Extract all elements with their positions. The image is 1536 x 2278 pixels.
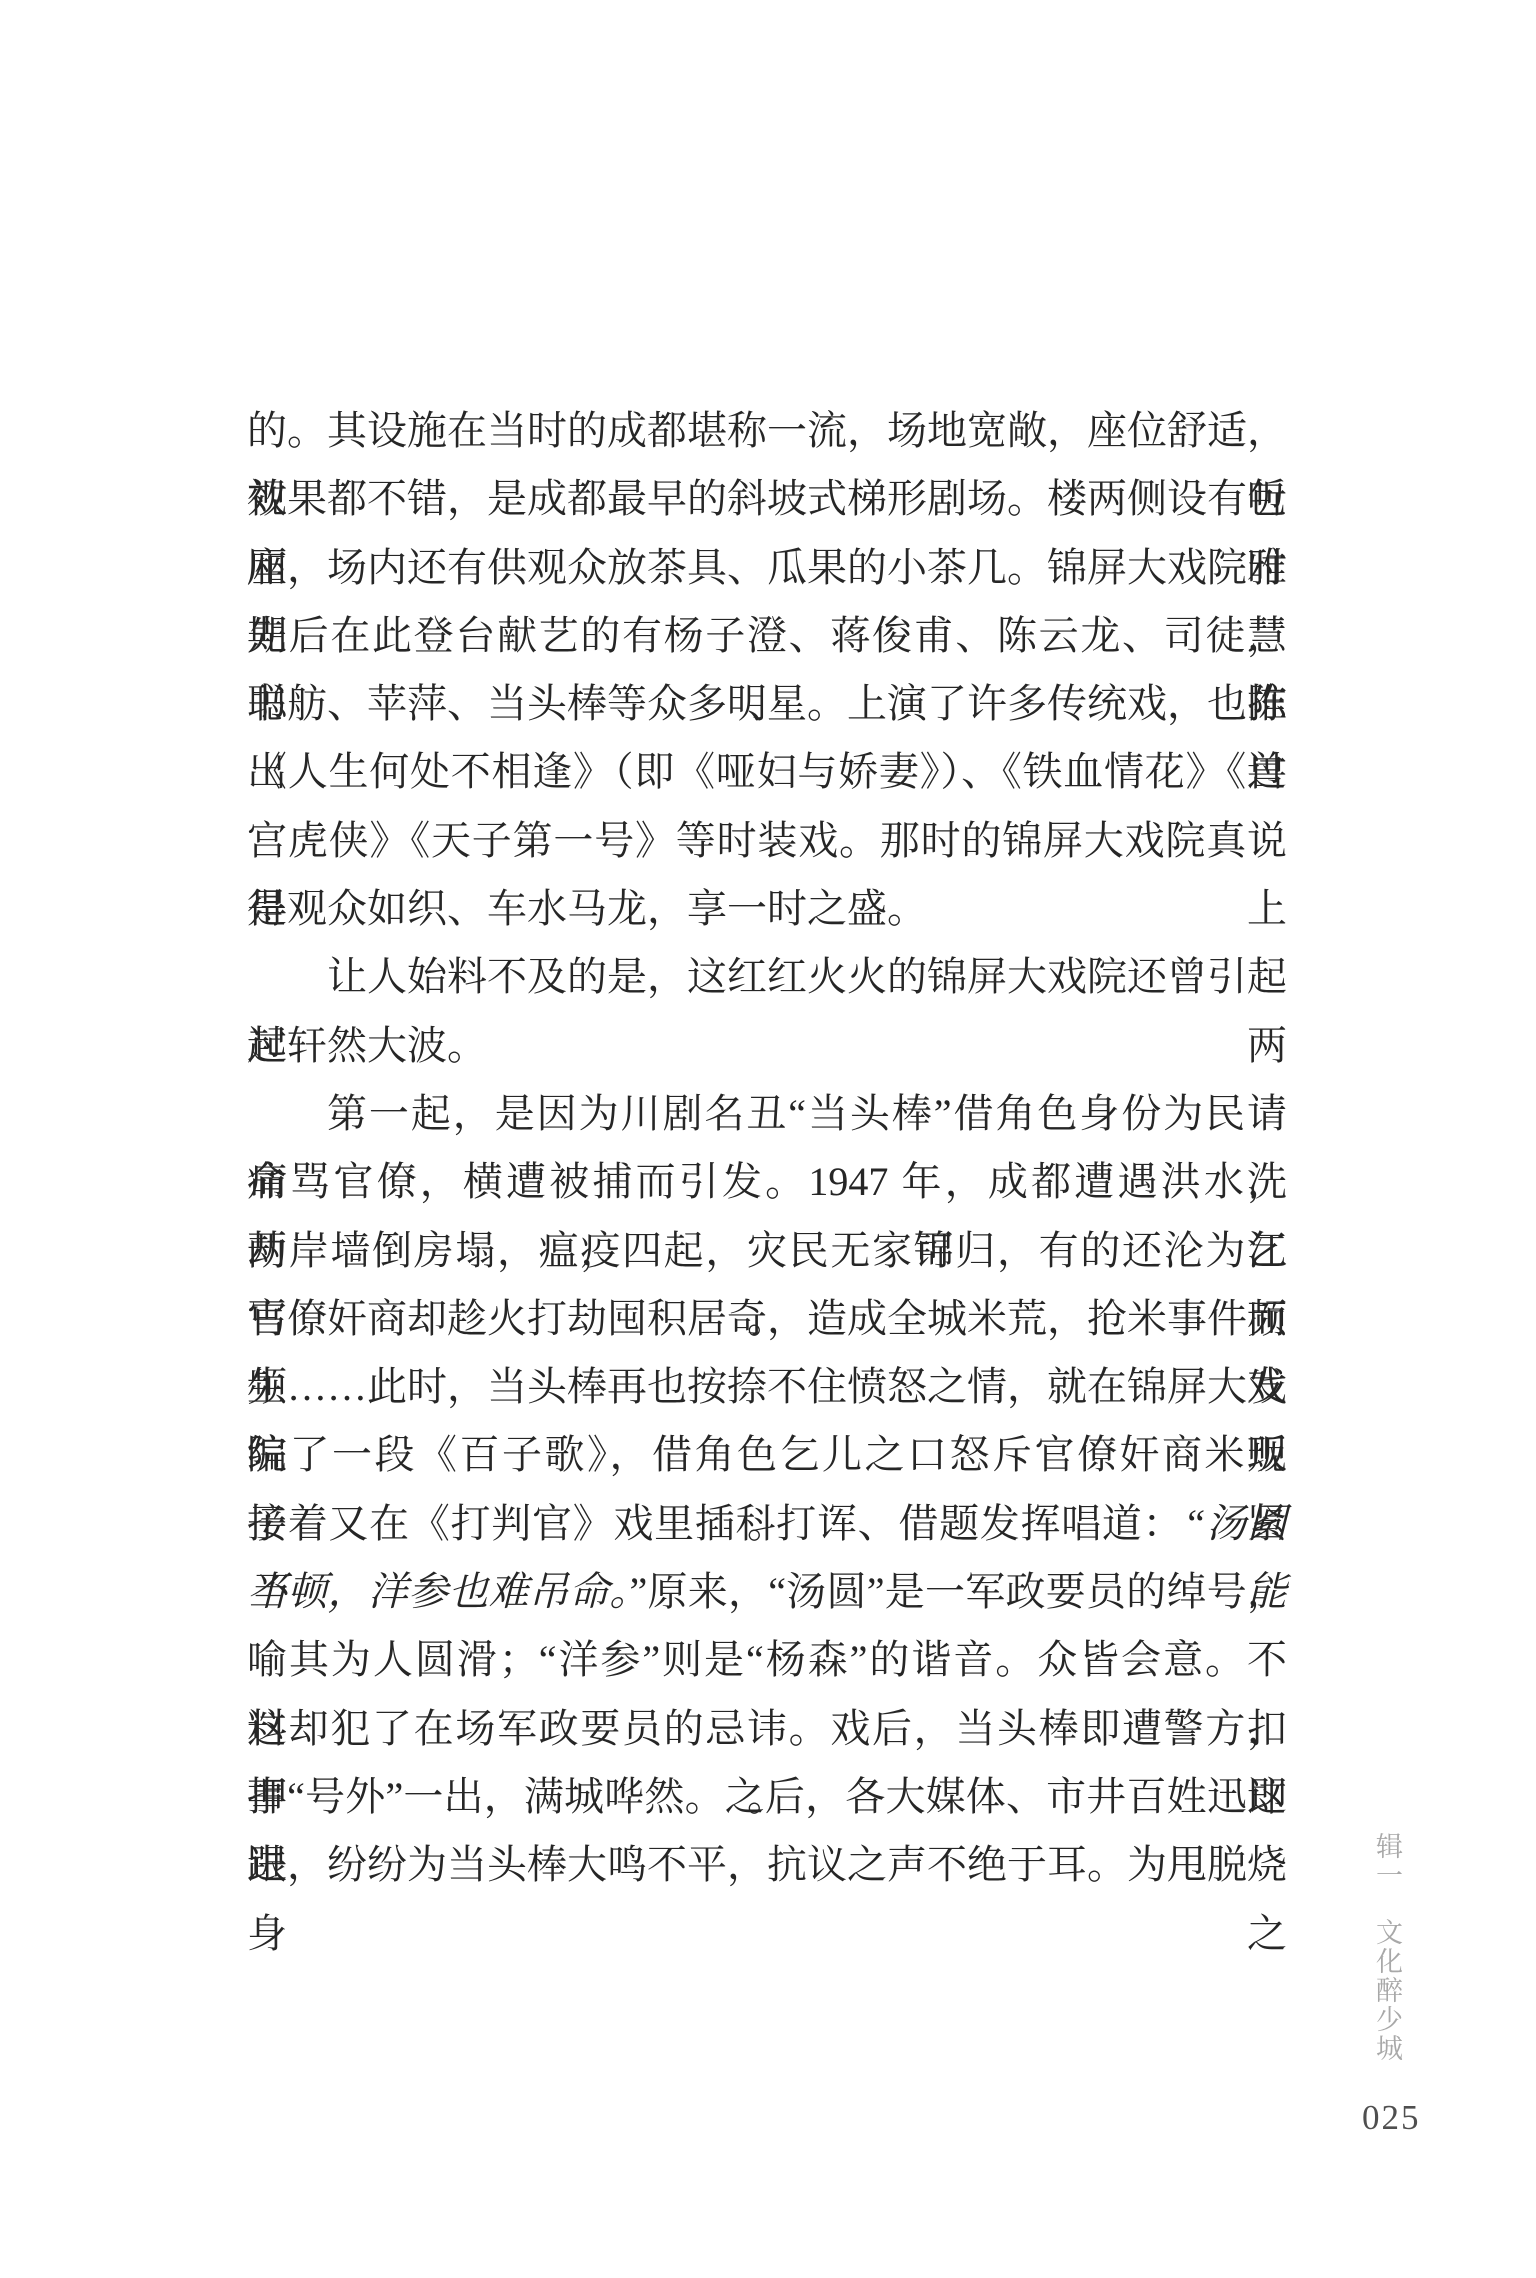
- text-line: 座，场内还有供观众放茶具、瓜果的小茶几。锦屏大戏院时期，: [247, 534, 1287, 602]
- text-line: 接着又在《打判官》戏里插科打诨、借题发挥唱道：“汤圆不能: [247, 1490, 1287, 1558]
- text-line: 生……此时，当头棒再也按捺不住愤怒之情，就在锦屏大戏院现: [247, 1353, 1287, 1421]
- book-page: 的。其设施在当时的成都堪称一流，场地宽敞，座位舒适，视听 效果都不错，是成都最早…: [0, 0, 1536, 2278]
- text-line: 效果都不错，是成都最早的斜坡式梯形剧场。楼两侧设有包厢雅: [247, 465, 1287, 533]
- text-line-paragraph-start: 让人始料不及的是，这红红火火的锦屏大戏院还曾引起过两: [247, 943, 1287, 1011]
- quoted-verse-text: 当顿，洋参也难吊命。: [247, 1569, 630, 1614]
- body-text: 的。其设施在当时的成都堪称一流，场地宽敞，座位舒适，视听 效果都不错，是成都最早…: [247, 397, 1287, 1900]
- page-number: 025: [1362, 2098, 1421, 2138]
- line-text: 接着又在《打判官》戏里插科打诨、借题发挥唱道：: [247, 1501, 1183, 1546]
- chapter-margin-label: 辑一文化醉少城: [1368, 1832, 1407, 2072]
- text-line: 编了一段《百子歌》，借角色乞儿之口怒斥官僚奸商米贩子。紧: [247, 1421, 1287, 1489]
- text-line: 书舫、苹萍、当头棒等众多明星。上演了许多传统戏，也推出过: [247, 670, 1287, 738]
- chapter-title-label: 文化醉少城: [1372, 1918, 1402, 2063]
- text-line: 官僚奸商却趁火打劫囤积居奇，造成全城米荒，抢米事件频频发: [247, 1285, 1287, 1353]
- line-text: 《人生何处不相逢》（即《哑妇与娇妻》）、《铁血情花》《兽: [247, 749, 1287, 794]
- text-line-paragraph-start: 第一起，是因为川剧名丑“当头棒”借角色身份为民请命，: [247, 1080, 1287, 1148]
- line-text: 是观众如织、车水马龙，享一时之盛。: [247, 886, 927, 931]
- text-line: 两岸墙倒房塌，瘟疫四起，灾民无家可归，有的还沦为乞丐。而: [247, 1217, 1287, 1285]
- line-text: 起轩然大波。: [247, 1023, 487, 1068]
- chapter-number-label: 辑一: [1372, 1832, 1402, 1890]
- text-line: 先后在此登台献艺的有杨子澄、蒋俊甫、陈云龙、司徒慧聪、陈: [247, 602, 1287, 670]
- text-line: 事“号外”一出，满城哗然。之后，各大媒体、市井百姓迅即跟: [247, 1763, 1287, 1831]
- text-line: 当顿，洋参也难吊命。”原来，“汤圆”是一军政要员的绰号，: [247, 1558, 1287, 1626]
- text-line: 的。其设施在当时的成都堪称一流，场地宽敞，座位舒适，视听: [247, 397, 1287, 465]
- text-line: 《人生何处不相逢》（即《哑妇与娇妻》）、《铁血情花》《兽: [247, 738, 1287, 806]
- text-line: 喻其为人圆滑；“洋参”则是“杨森”的谐音。众皆会意。不料，: [247, 1626, 1287, 1694]
- text-line: 宫虎侠》《天子第一号》等时装戏。那时的锦屏大戏院真说得上: [247, 807, 1287, 875]
- line-text: 进，纷纷为当头棒大鸣不平，抗议之声不绝于耳。为甩脱烧身之: [247, 1842, 1287, 1955]
- line-text: ”原来，“汤圆”是一军政要员的绰号，: [630, 1569, 1288, 1614]
- text-line: 痛骂官僚，横遭被捕而引发。1947 年，成都遭遇洪水洗劫，锦江: [247, 1148, 1287, 1216]
- text-line: 进，纷纷为当头棒大鸣不平，抗议之声不绝于耳。为甩脱烧身之: [247, 1831, 1287, 1899]
- text-line: 这却犯了在场军政要员的忌讳。戏后，当头棒即遭警方扣押。这: [247, 1695, 1287, 1763]
